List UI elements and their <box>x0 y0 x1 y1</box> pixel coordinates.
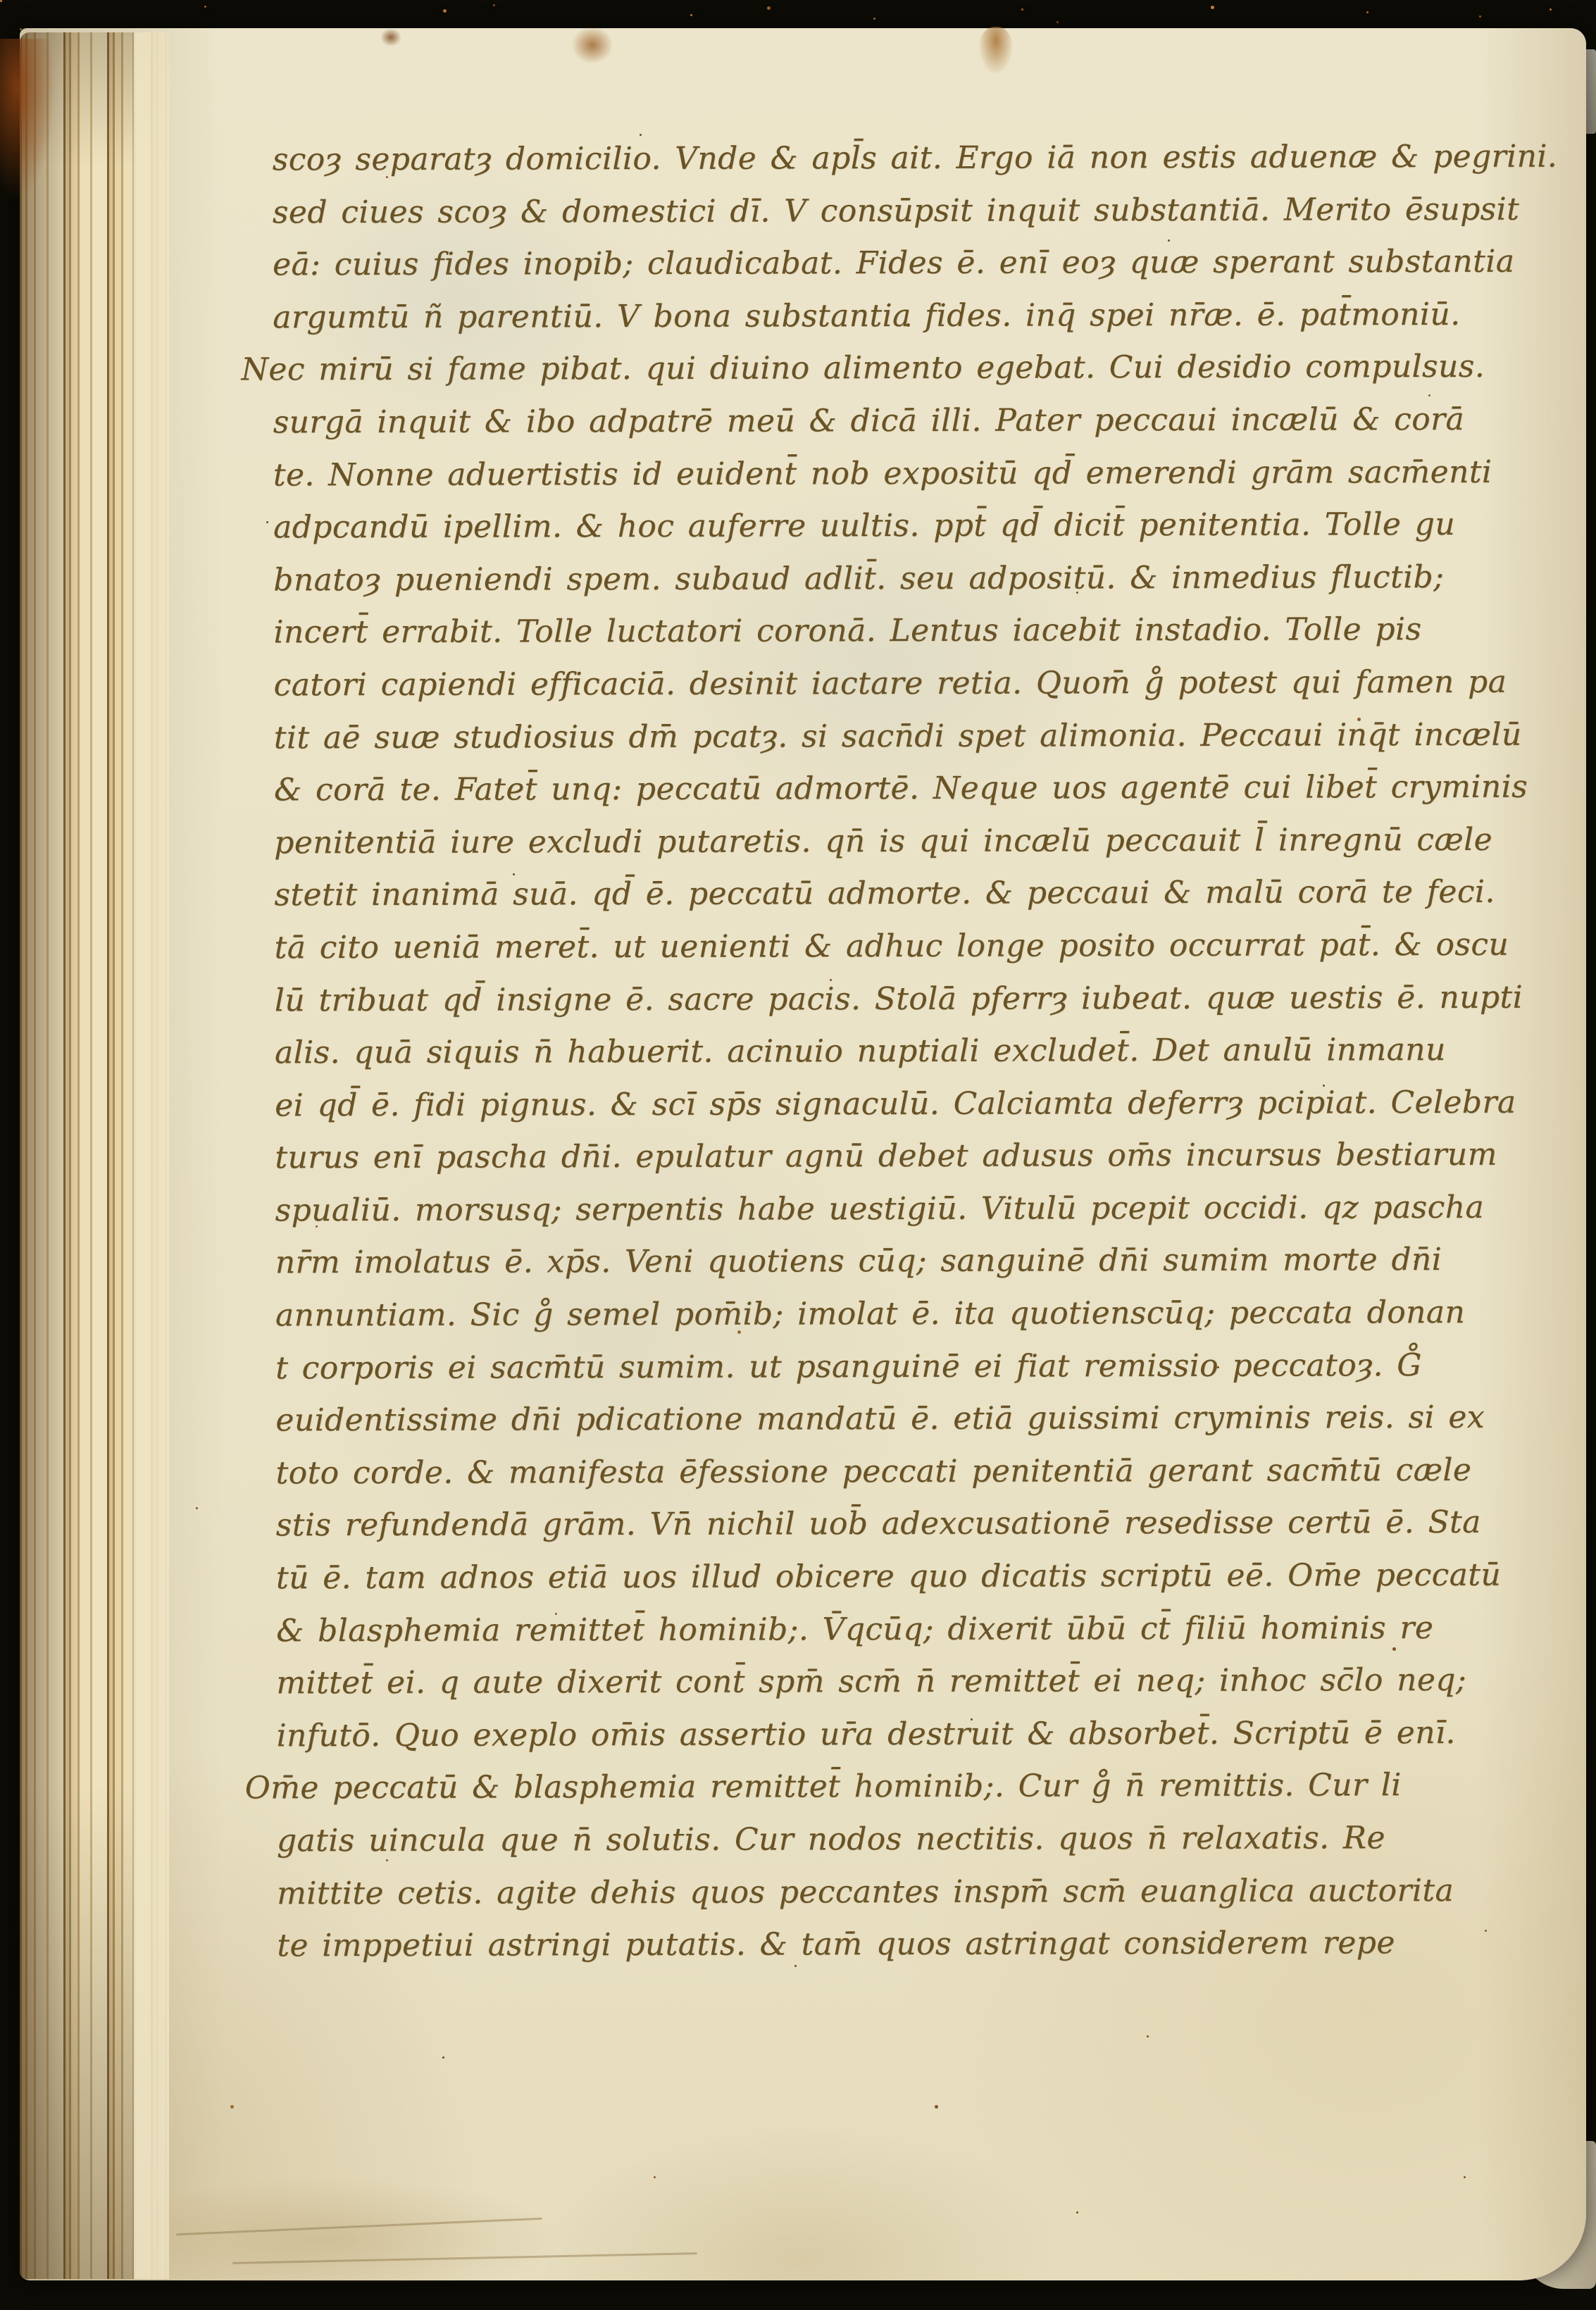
text-line: mittet̄ ei. q aute dixerit cont̄ spm̄ sc… <box>244 1654 1540 1710</box>
text-line: infutō. Quo exeplo om̄is assertio ur̄a d… <box>244 1706 1540 1762</box>
text-line: penitentiā iure excludi putaretis. qn̄ i… <box>242 813 1538 869</box>
text-line: annuntiam. Sic g̊ semel pom̄ib; imolat ē… <box>244 1287 1540 1342</box>
text-line: sed ciues scoȝ & domestici dī. V consūps… <box>241 183 1537 239</box>
text-line: scoȝ separatȝ domicilio. Vnde & apl̄s ai… <box>241 131 1537 187</box>
text-line: nr̄m imolatus ē. xp̄s. Veni quotiens cūq… <box>244 1234 1540 1290</box>
stain <box>380 28 401 46</box>
text-line: turus enī pascha dn̄i. epulatur agnū deb… <box>243 1129 1539 1185</box>
text-line: te. Nonne aduertistis id euident̄ nob ex… <box>242 446 1538 501</box>
text-line: & corā te. Fatet̄ unq: peccatū admortē. … <box>242 761 1538 817</box>
text-line: adpcandū ipellim. & hoc auferre uultis. … <box>242 499 1538 554</box>
text-block: scoȝ separatȝ domicilio. Vnde & apl̄s ai… <box>241 131 1542 1973</box>
text-line: euidentissime dn̄i pdicatione mandatū ē.… <box>244 1392 1540 1447</box>
text-line: tit aē suæ studiosius dm̄ pcatȝ. si sacn… <box>242 708 1538 764</box>
background-dust-speckles <box>0 0 2 2</box>
text-line: bnatoȝ pueniendi spem. subaud adlit̄. se… <box>242 551 1538 606</box>
text-line: stetit inanimā suā. qd̄ ē. peccatū admor… <box>242 866 1538 922</box>
text-line: tū ē. tam adnos etiā uos illud obicere q… <box>244 1549 1540 1605</box>
text-line: spualiū. morsusq; serpentis habe uestigi… <box>243 1181 1539 1237</box>
text-line: surgā inquit & ibo adpatrē meū & dicā il… <box>242 394 1538 449</box>
gutter-page-edges-inner <box>132 32 169 2279</box>
text-line: tā cito ueniā meret̄. ut uenienti & adhu… <box>243 918 1539 974</box>
text-line: Nec mirū si fame pibat. qui diuino alime… <box>241 341 1537 397</box>
text-line: lū tribuat qd̄ insigne ē. sacre pacis. S… <box>243 971 1539 1027</box>
manuscript-page: scoȝ separatȝ domicilio. Vnde & apl̄s ai… <box>20 28 1586 2280</box>
parchment-flecks <box>20 28 22 30</box>
binding-stain <box>0 39 55 201</box>
text-line: gatis uincula que n̄ solutis. Cur nodos … <box>245 1812 1541 1868</box>
text-line: t corporis ei sacm̄tū sumim. ut psanguin… <box>244 1339 1540 1394</box>
stain <box>169 2176 563 2282</box>
text-line: & blasphemia remittet̄ hominib;. V̄qcūq;… <box>244 1602 1540 1657</box>
text-line: alis. quā siquis n̄ habuerit. acinuio nu… <box>243 1024 1539 1080</box>
text-line: mittite cetis. agite dehis quos peccante… <box>245 1864 1541 1920</box>
text-line: stis refundendā grām. Vn̄ nichil uob̄ ad… <box>244 1497 1540 1552</box>
text-line: eā: cuius fides inopib; claudicabat. Fid… <box>241 236 1537 292</box>
text-line: incert̄ errabit. Tolle luctatori coronā.… <box>242 604 1538 659</box>
text-line: te imppetiui astringi putatis. & tam̄ qu… <box>245 1917 1541 1973</box>
text-line: argumtū ñ parentiū. V bona substantia fi… <box>241 288 1537 344</box>
text-line: catori capiendi efficaciā. desinit iacta… <box>242 656 1538 712</box>
text-line: Om̄e peccatū & blasphemia remittet̄ homi… <box>245 1759 1541 1815</box>
stain <box>979 27 1013 73</box>
gutter-page-edges <box>20 32 169 2279</box>
stain <box>572 27 613 63</box>
text-line: ei qd̄ ē. fidi pignus. & scī sp̄s signac… <box>243 1076 1539 1132</box>
photo-canvas: scoȝ separatȝ domicilio. Vnde & apl̄s ai… <box>0 0 1596 2310</box>
text-line: toto corde. & manifesta ēfessione peccat… <box>244 1444 1540 1499</box>
